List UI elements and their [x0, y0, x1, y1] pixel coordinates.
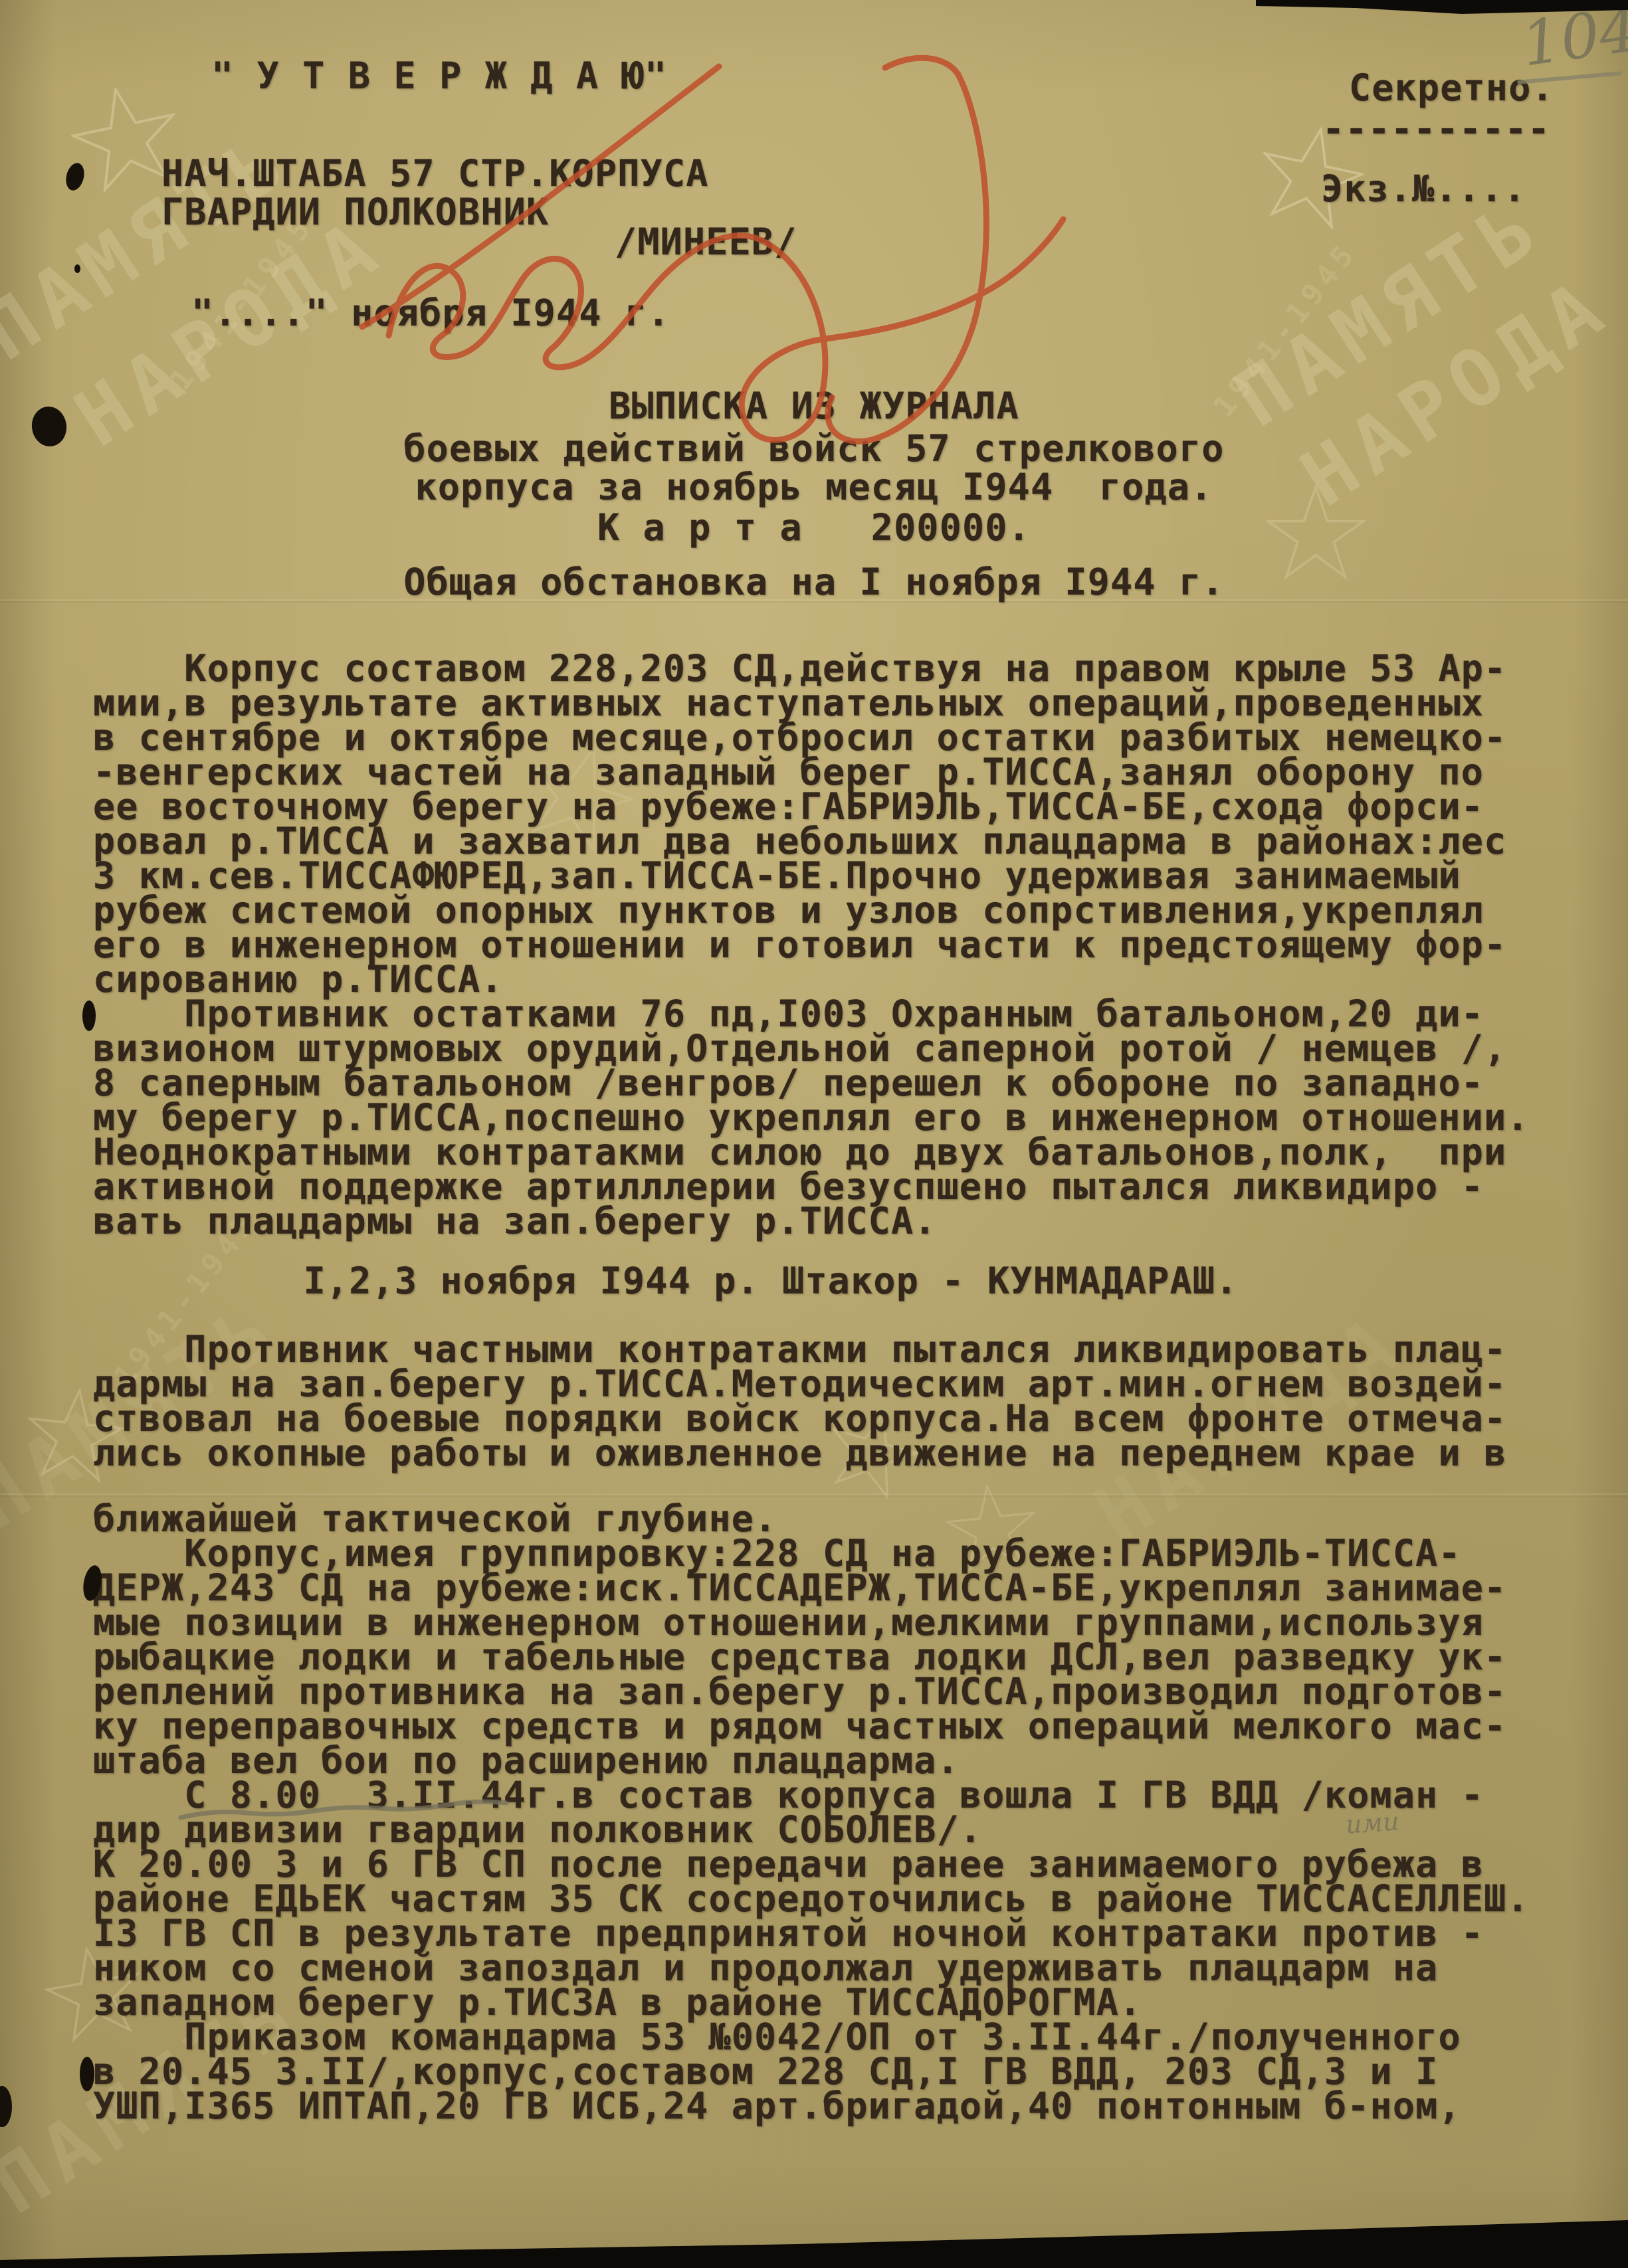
paper-speck — [74, 264, 80, 273]
handwritten-signature — [0, 0, 1628, 2268]
punch-hole — [80, 2057, 94, 2091]
punch-hole — [82, 1000, 96, 1031]
pencil-underline — [181, 1802, 506, 1818]
scanned-page: ПАМЯТЬ НАРОДА 1941-1945 1941-1945 ПАМЯТЬ… — [0, 0, 1628, 2268]
